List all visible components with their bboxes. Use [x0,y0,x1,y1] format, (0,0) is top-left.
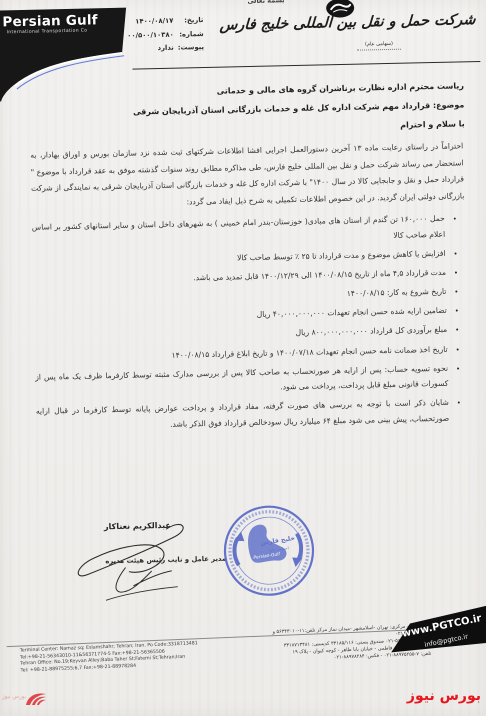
attachment-label: پیوست: [178,43,204,52]
footer-contact-en: Terminal Center: Namaz sq; Eslamshahr; T… [20,640,221,675]
bourse-news-ghost-text: بورس نیوز [2,694,26,700]
signer-title: مدیر عامل و نایب رئیس هیئت مدیره [66,555,226,566]
scan-content: Persian Gulf International Transportatio… [0,0,486,716]
company-round-stamp: خلیج فارس (سهامی عام) Persian-Gulf [216,497,323,604]
header-divider [132,61,480,70]
number-value: ۰۰/۵۰۰/۱۰۳۸۰ [127,30,174,39]
signature-block: عبدالکریم نعناکار مدیر عامل و نایب رئیس … [30,520,226,567]
meta-number: شماره: ۰۰/۵۰۰/۱۰۳۸۰ [110,30,204,40]
letter-body: ریاست محترم اداره نظارت برناشران گروه ها… [25,81,471,438]
bullet-item: حمل ۱۶۰,۰۰۰ تن گندم از استان های مبادی( … [32,211,446,251]
company-name-calligraphy: شرکت حمل و نقل بین المللی خلیج فارس [281,11,476,32]
bullet-item: شایان ذکر است با توجه به بررسی های صورت … [36,395,450,435]
number-label: شماره: [178,30,204,39]
attachment-value: ندارد [158,44,174,52]
date-value: ۱۴۰۰/۰۸/۱۷ [135,17,173,26]
bullet-item: نحوه تسویه حساب: پس از ارایه هر صورتحساب… [35,360,449,400]
body-paragraph: احتراماً در راستای رعایت ماده ۱۳ آخرین د… [30,138,464,214]
date-label: تاریخ: [177,16,203,25]
salutation-line: با سلام و احترام [26,119,465,138]
bullet-list: حمل ۱۶۰,۰۰۰ تن گندم از استان های مبادی( … [32,211,460,435]
website-banner: www.PGTCO.ir info@pgtco.ir [389,602,486,664]
company-title-block: شرکت حمل و نقل بین المللی خلیج فارس (سها… [281,11,476,52]
basmala-text: بسمه تعالی [221,0,311,6]
bourse-news-logo-icon [24,690,50,708]
bourse-news-watermark: بورس نیوز [407,688,481,704]
signer-name: عبدالکریم نعناکار [77,520,197,532]
meta-attachment: پیوست: ندارد [110,43,204,53]
meta-date: تاریخ: ۱۴۰۰/۰۸/۱۷ [109,16,203,26]
subject-line: موضوع: قرارداد مهم شرکت اداره کل غله و خ… [25,100,464,119]
company-type: (سهامی عام) [357,41,401,51]
scanned-letter-page: Persian Gulf International Transportatio… [0,0,486,716]
letter-meta: تاریخ: ۱۴۰۰/۰۸/۱۷ شماره: ۰۰/۵۰۰/۱۰۳۸۰ پی… [109,16,204,59]
